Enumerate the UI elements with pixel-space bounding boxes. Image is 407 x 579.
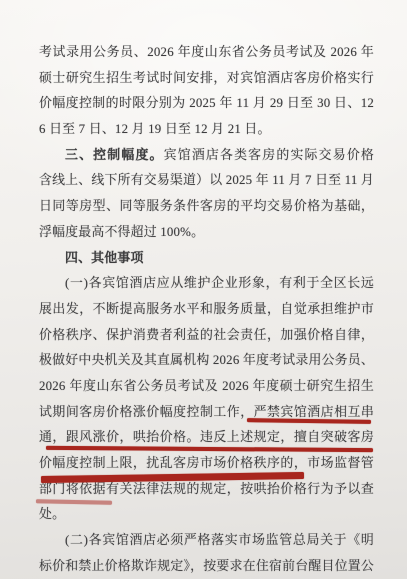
line-text: 展出发，不断提高服务水平和服务质量，自觉承担维护市场 — [39, 302, 374, 323]
text-line: 极做好中央机关及其直属机构 2026 年度考试录用公务员、 — [39, 348, 374, 374]
line-text: 考试录用公务员、2026 年度山东省公务员考试及 2026 年度 — [39, 45, 374, 66]
text-line: (一)各宾馆酒店应从维护企业形象，有利于全区长远发 — [39, 271, 374, 297]
line-text: (一)各宾馆酒店应从维护企业形象，有利于全区长远发 — [65, 276, 374, 297]
line-text: 价幅度控制的时限分别为 2025 年 11 月 29 日至 30 日、12 月 — [39, 96, 374, 117]
line-text: 极做好中央机关及其直属机构 2026 年度考试录用公务员、 — [39, 353, 374, 367]
line-text: 处。 — [39, 507, 65, 521]
line-text: 6 日至 7 日、12 月 19 日至 12 月 21 日。 — [39, 122, 271, 136]
document-photo: 考试录用公务员、2026 年度山东省公务员考试及 2026 年度 硕士研究生招生… — [0, 0, 407, 579]
line-text: 2026 年度山东省公务员考试及 2026 年度硕士研究生招生考 — [39, 379, 374, 400]
line-text: 价格秩序、保护消费者利益的社会责任，加强价格自律，积 — [39, 328, 374, 349]
text-line-section4-heading: 四、其他事项 — [39, 246, 374, 272]
section3-heading: 三、控制幅度。 — [65, 148, 164, 162]
line-text: 部门将依据有关法律法规的规定，按哄抬价格行为予以查 — [39, 482, 374, 496]
text-line: 展出发，不断提高服务水平和服务质量，自觉承担维护市场 — [39, 297, 374, 323]
text-line: 2026 年度山东省公务员考试及 2026 年度硕士研究生招生考 — [39, 374, 374, 400]
text-line: 考试录用公务员、2026 年度山东省公务员考试及 2026 年度 — [39, 40, 374, 66]
section4-heading: 四、其他事项 — [65, 251, 144, 265]
line-text: 硕士研究生招生考试时间安排，对宾馆酒店客房价格实行涨 — [39, 71, 374, 92]
text-line: 价幅度控制的时限分别为 2025 年 11 月 29 日至 30 日、12 月 — [39, 91, 374, 117]
line-text: 日同等房型、同等服务条件客房的平均交易价格为基础，上 — [39, 199, 374, 220]
line-text: 含线上、线下所有交易渠道）以 2025 年 11 月 7 日至 11 月 9 — [39, 173, 374, 194]
text-line: 含线上、线下所有交易渠道）以 2025 年 11 月 7 日至 11 月 9 — [39, 168, 374, 194]
text-line: 浮幅度最高不得超过 100%。 — [39, 220, 374, 246]
text-line: 处。 — [39, 502, 374, 528]
line-text: 浮幅度最高不得超过 100%。 — [39, 225, 204, 239]
text-line: (二)各宾馆酒店必须严格落实市场监管总局关于《明码 — [39, 528, 374, 554]
text-line: 硕士研究生招生考试时间安排，对宾馆酒店客房价格实行涨 — [39, 66, 374, 92]
line-text: (二)各宾馆酒店必须严格落实市场监管总局关于《明码 — [65, 533, 374, 554]
document-text-block: 考试录用公务员、2026 年度山东省公务员考试及 2026 年度 硕士研究生招生… — [39, 40, 374, 579]
text-line: 标价和禁止价格欺诈规定》，按要求在住宿前台醒目位置公 — [39, 554, 374, 579]
line-text: 试期间客房价格涨价幅度控制工作，严禁宾馆酒店相互串 — [39, 405, 374, 419]
text-line-section3-heading: 三、控制幅度。宾馆酒店各类客房的实际交易价格（包 — [39, 143, 374, 169]
text-line: 价格秩序、保护消费者利益的社会责任，加强价格自律，积 — [39, 323, 374, 349]
text-line: 日同等房型、同等服务条件客房的平均交易价格为基础，上 — [39, 194, 374, 220]
text-line: 6 日至 7 日、12 月 19 日至 12 月 21 日。 — [39, 117, 374, 143]
line-text: 标价和禁止价格欺诈规定》，按要求在住宿前台醒目位置公 — [39, 559, 374, 573]
